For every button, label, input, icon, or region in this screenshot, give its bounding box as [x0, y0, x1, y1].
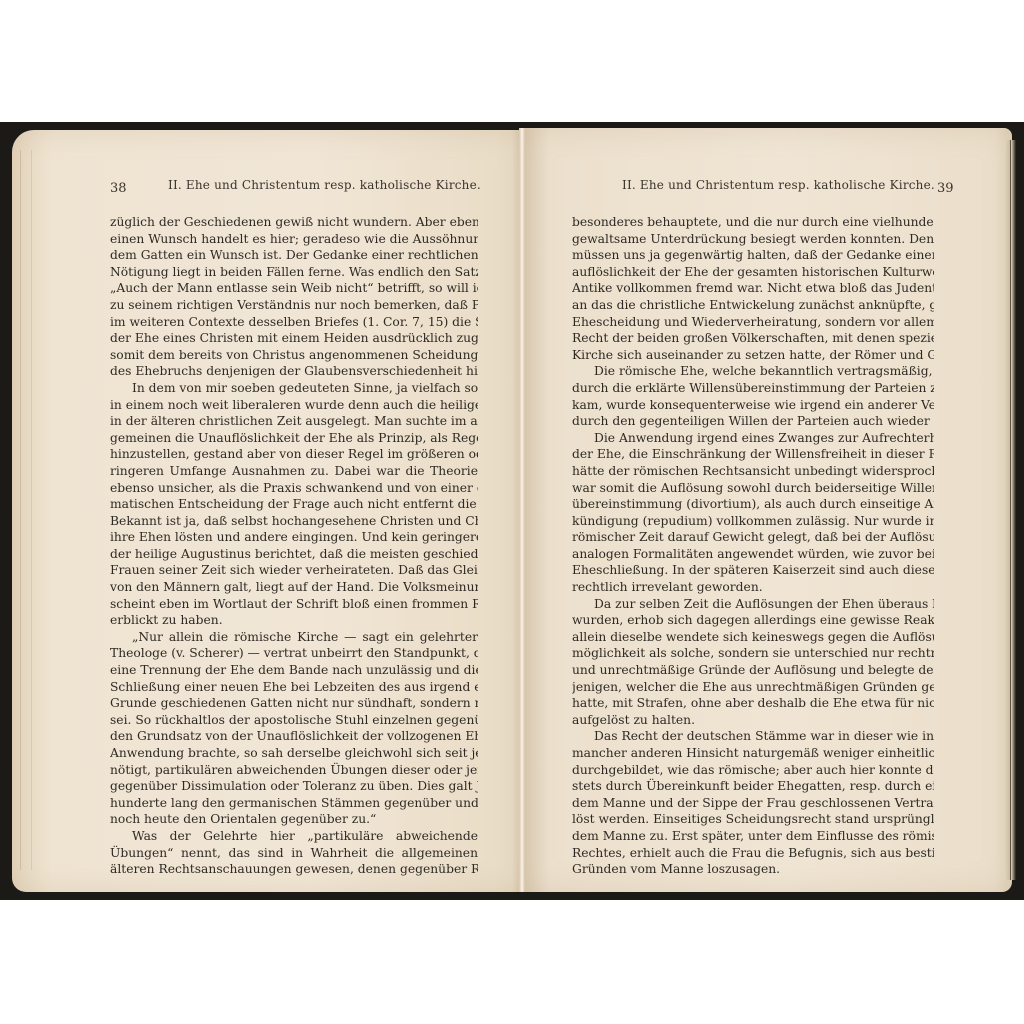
text-line: sei. So rückhaltlos der apostolische Stu… [110, 712, 478, 729]
right-page-text: besonderes behauptete, und die nur durch… [572, 214, 934, 878]
text-line: ringeren Umfange Ausnahmen zu. Dabei war… [110, 463, 478, 480]
text-line: „Nur allein die römische Kirche — sagt e… [110, 629, 478, 646]
running-head-right: II. Ehe und Christentum resp. katholisch… [622, 178, 935, 196]
text-line: eine Trennung der Ehe dem Bande nach unz… [110, 662, 478, 679]
text-line: durchgebildet, wie das römische; aber au… [572, 762, 934, 779]
text-line: dem Gatten ein Wunsch ist. Der Gedanke e… [110, 247, 478, 264]
text-line: stets durch Übereinkunft beider Ehegatte… [572, 778, 934, 795]
text-line: mancher anderen Hinsicht naturgemäß weni… [572, 745, 934, 762]
text-line: im weiteren Contexte desselben Briefes (… [110, 314, 478, 331]
text-line: war somit die Auflösung sowohl durch bei… [572, 480, 934, 497]
text-line: somit dem bereits von Christus angenomme… [110, 347, 478, 364]
text-line: gemeinen die Unauflöslichkeit der Ehe al… [110, 430, 478, 447]
text-line: durch die erklärte Willensübereinstimmun… [572, 380, 934, 397]
text-line: In dem von mir soeben gedeuteten Sinne, … [110, 380, 478, 397]
text-line: der Ehe, die Einschränkung der Willensfr… [572, 446, 934, 463]
text-line: noch heute den Orientalen gegenüber zu.“ [110, 811, 478, 828]
text-line: übereinstimmung (divortium), als auch du… [572, 496, 934, 513]
text-line: älteren Rechtsanschauungen gewesen, dene… [110, 861, 478, 878]
text-line: und unrechtmäßige Gründe der Auflösung u… [572, 662, 934, 679]
text-line: löst werden. Einseitiges Scheidungsrecht… [572, 811, 934, 828]
text-line: möglichkeit als solche, sondern sie unte… [572, 645, 934, 662]
text-line: Anwendung brachte, so sah derselbe gleic… [110, 745, 478, 762]
text-line: Gründen vom Manne loszusagen. [572, 861, 934, 878]
page-number-right: 39 [937, 181, 954, 196]
text-line: Frauen seiner Zeit sich wieder verheirat… [110, 562, 478, 579]
text-line: besonderes behauptete, und die nur durch… [572, 214, 934, 231]
text-line: der Ehe eines Christen mit einem Heiden … [110, 330, 478, 347]
text-line: „Auch der Mann entlasse sein Weib nicht“… [110, 280, 478, 297]
text-line: Schließung einer neuen Ehe bei Lebzeiten… [110, 679, 478, 696]
text-line: hätte der römischen Rechtsansicht unbedi… [572, 463, 934, 480]
book-gutter [519, 128, 525, 892]
running-head-left: II. Ehe und Christentum resp. katholisch… [168, 178, 481, 196]
text-line: erblickt zu haben. [110, 612, 478, 629]
text-line: Kirche sich auseinander zu setzen hatte,… [572, 347, 934, 364]
text-line: hunderte lang den germanischen Stämmen g… [110, 795, 478, 812]
left-page-text: züglich der Geschiedenen gewiß nicht wun… [110, 214, 478, 878]
text-line: Rechtes, erhielt auch die Frau die Befug… [572, 845, 934, 862]
text-line: der heilige Augustinus berichtet, daß di… [110, 546, 478, 563]
text-line: Das Recht der deutschen Stämme war in di… [572, 728, 934, 745]
text-line: scheint eben im Wortlaut der Schrift blo… [110, 596, 478, 613]
text-line: Übungen“ nennt, das sind in Wahrheit die… [110, 845, 478, 862]
text-line: Die römische Ehe, welche bekanntlich ver… [572, 363, 934, 380]
text-line: jenigen, welcher die Ehe aus unrechtmäßi… [572, 679, 934, 696]
text-line: in einem noch weit liberaleren wurde den… [110, 397, 478, 414]
text-line: Recht der beiden großen Völkerschaften, … [572, 330, 934, 347]
text-line: nötigt, partikulären abweichenden Übunge… [110, 762, 478, 779]
text-line: züglich der Geschiedenen gewiß nicht wun… [110, 214, 478, 231]
text-line: matischen Entscheidung der Frage auch ni… [110, 496, 478, 513]
text-line: Da zur selben Zeit die Auflösungen der E… [572, 596, 934, 613]
left-page-edge [20, 150, 32, 870]
text-line: von den Männern galt, liegt auf der Hand… [110, 579, 478, 596]
text-line: Grunde geschiedenen Gatten nicht nur sün… [110, 695, 478, 712]
text-line: ebenso unsicher, als die Praxis schwanke… [110, 480, 478, 497]
text-line: Was der Gelehrte hier „partikuläre abwei… [110, 828, 478, 845]
text-line: analogen Formalitäten angewendet würden,… [572, 546, 934, 563]
text-line: Nötigung liegt in beiden Fällen ferne. W… [110, 264, 478, 281]
text-line: allein dieselbe wendete sich keineswegs … [572, 629, 934, 646]
text-line: den Grundsatz von der Unauflöslichkeit d… [110, 728, 478, 745]
text-line: Die Anwendung irgend eines Zwanges zur A… [572, 430, 934, 447]
text-line: zu seinem richtigen Verständnis nur noch… [110, 297, 478, 314]
text-line: Eheschließung. In der späteren Kaiserzei… [572, 562, 934, 579]
text-line: rechtlich irrevelant geworden. [572, 579, 934, 596]
text-line: Ehescheidung und Wiederverheiratung, son… [572, 314, 934, 331]
text-line: auflöslichkeit der Ehe der gesamten hist… [572, 264, 934, 281]
text-line: durch den gegenteiligen Willen der Parte… [572, 413, 934, 430]
text-line: in der älteren christlichen Zeit ausgele… [110, 413, 478, 430]
text-line: kündigung (repudium) vollkommen zulässig… [572, 513, 934, 530]
text-line: müssen uns ja gegenwärtig halten, daß de… [572, 247, 934, 264]
right-page-edges [1004, 140, 1016, 880]
text-line: Theologe (v. Scherer) — vertrat unbeirrt… [110, 645, 478, 662]
text-line: aufgelöst zu halten. [572, 712, 934, 729]
page-number-left: 38 [110, 181, 127, 196]
text-line: gegenüber Dissimulation oder Toleranz zu… [110, 778, 478, 795]
text-line: wurden, erhob sich dagegen allerdings ei… [572, 612, 934, 629]
text-line: ihre Ehen lösten und andere eingingen. U… [110, 529, 478, 546]
text-line: gewaltsame Unterdrückung besiegt werden … [572, 231, 934, 248]
text-line: Antike vollkommen fremd war. Nicht etwa … [572, 280, 934, 297]
text-line: hinzustellen, gestand aber von dieser Re… [110, 446, 478, 463]
text-line: dem Manne und der Sippe der Frau geschlo… [572, 795, 934, 812]
text-line: dem Manne zu. Erst später, unter dem Ein… [572, 828, 934, 845]
text-line: Bekannt ist ja, daß selbst hochangesehen… [110, 513, 478, 530]
text-line: hatte, mit Strafen, ohne aber deshalb di… [572, 695, 934, 712]
text-line: des Ehebruchs denjenigen der Glaubensver… [110, 363, 478, 380]
text-line: kam, wurde konsequenterweise wie irgend … [572, 397, 934, 414]
text-line: einen Wunsch handelt es hier; geradeso w… [110, 231, 478, 248]
text-line: an das die christliche Entwickelung zunä… [572, 297, 934, 314]
text-line: römischer Zeit darauf Gewicht gelegt, da… [572, 529, 934, 546]
